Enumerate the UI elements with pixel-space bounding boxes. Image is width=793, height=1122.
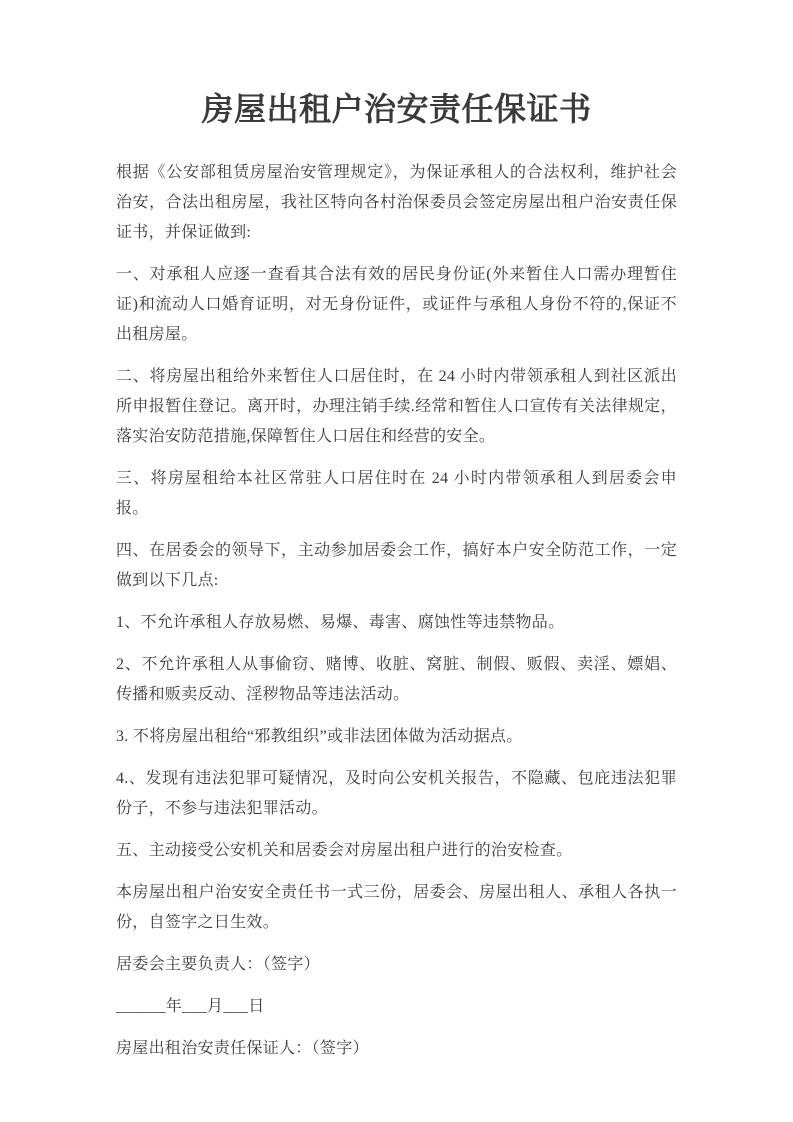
subclause-3: 3. 不将房屋出租给“邪教组织”或非法团体做为活动据点。 xyxy=(116,722,677,752)
subclause-1: 1、不允许承租人存放易燃、易爆、毒害、腐蚀性等违禁物品。 xyxy=(116,608,677,638)
guarantor-signature-line: 房屋出租治安责任保证人：（签字） xyxy=(116,1034,677,1064)
clause-5: 五、主动接受公安机关和居委会对房屋出租户进行的治安检查。 xyxy=(116,836,677,866)
subclause-4: 4.、发现有违法犯罪可疑情况，及时向公安机关报告，不隐藏、包庇违法犯罪份子，不参… xyxy=(116,764,677,824)
subclause-2: 2、不允许承租人从事偷窃、赌博、收脏、窝脏、制假、贩假、卖淫、嫖娼、传播和贩卖反… xyxy=(116,650,677,710)
intro-paragraph: 根据《公安部租赁房屋治安管理规定》，为保证承租人的合法权利，维护社会治安，合法出… xyxy=(116,158,677,248)
document-page: 房屋出租户治安责任保证书 根据《公安部租赁房屋治安管理规定》，为保证承租人的合法… xyxy=(0,0,793,1122)
date-line: ______年___月___日 xyxy=(116,992,677,1022)
clause-3: 三、将房屋租给本社区常驻人口居住时在 24 小时内带领承租人到居委会申报。 xyxy=(116,464,677,524)
committee-signature-line: 居委会主要负责人：（签字） xyxy=(116,950,677,980)
clause-2: 二、将房屋出租给外来暂住人口居住时，在 24 小时内带领承租人到社区派出所申报暂… xyxy=(116,362,677,452)
clause-1: 一、对承租人应逐一查看其合法有效的居民身份证(外来暂住人口需办理暂住证)和流动人… xyxy=(116,260,677,350)
page-title: 房屋出租户治安责任保证书 xyxy=(116,88,677,130)
clause-4: 四、在居委会的领导下，主动参加居委会工作，搞好本户安全防范工作，一定做到以下几点… xyxy=(116,536,677,596)
closing-paragraph: 本房屋出租户治安安全责任书一式三份，居委会、房屋出租人、承租人各执一份，自签字之… xyxy=(116,878,677,938)
